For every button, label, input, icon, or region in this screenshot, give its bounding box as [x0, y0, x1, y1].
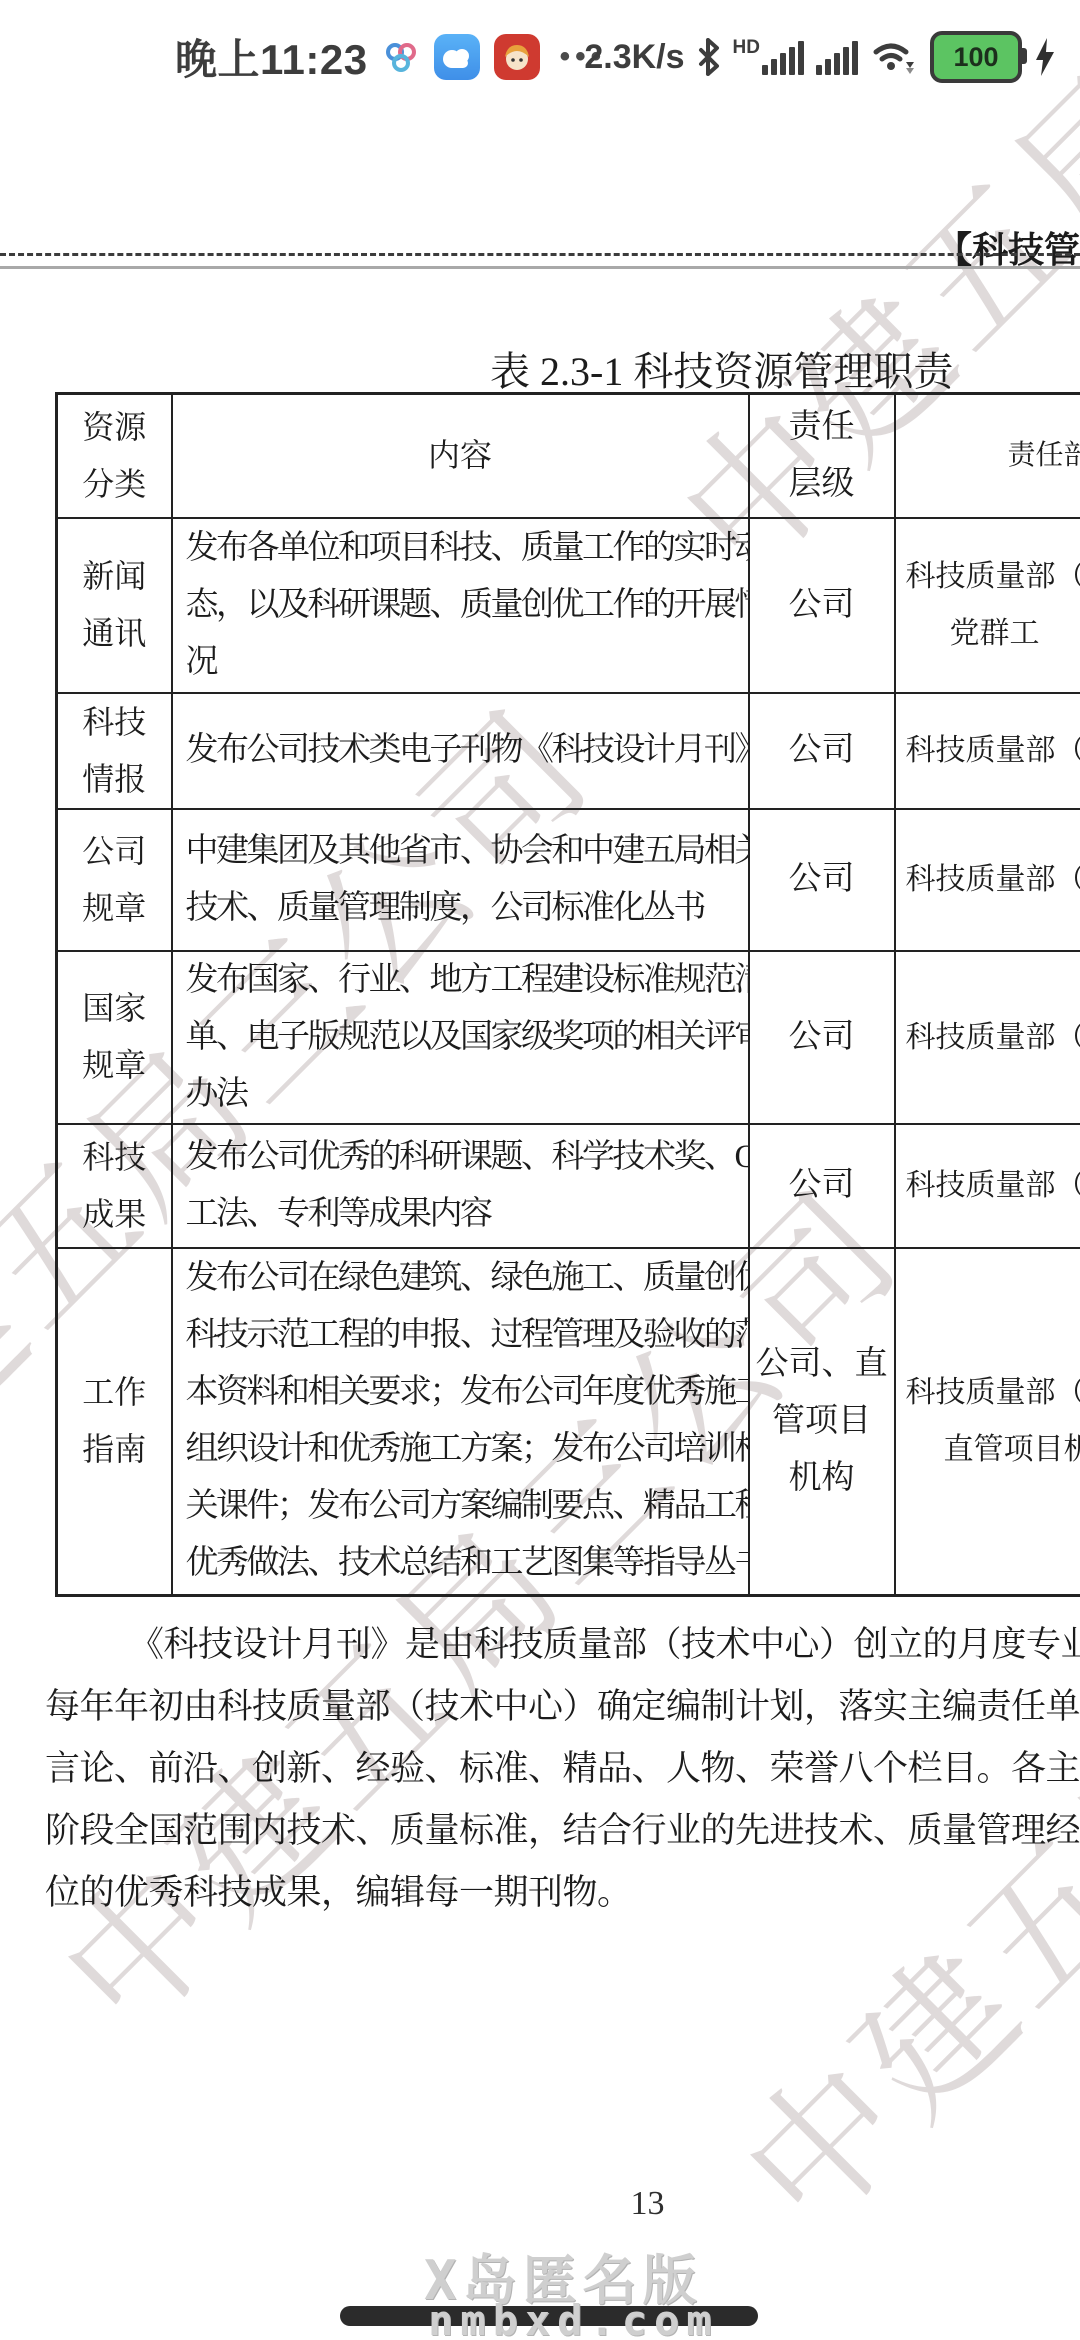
signal-bars-sim1-icon [762, 39, 804, 75]
table-row: 科技成果 发布公司优秀的科研课题、科学技术奖、QC、 工法、专利等成果内容 公司… [57, 1124, 1080, 1248]
table-title: 表 2.3-1 科技资源管理职责 [490, 340, 953, 397]
battery-level: 100 [953, 42, 998, 73]
molecule-notification-icon [382, 38, 420, 76]
table-header-row: 资源 分类 内容 责任 层级 责任部 [57, 394, 1080, 518]
header-category: 资源 分类 [57, 394, 172, 518]
document-page: 表 2.3-1 科技资源管理职责 资源 分类 内容 责任 层级 责任部 新闻通讯 [0, 0, 1080, 2340]
pixel-watermark-line2: nmbxd.com [428, 2296, 719, 2340]
status-bar: 晚上11:23 ••• 2.3K/s [0, 22, 1080, 92]
header-content: 内容 [172, 394, 749, 518]
weather-app-icon [434, 34, 480, 80]
body-paragraph: 《科技设计月刊》是由科技质量部（技术中心）创立的月度专业性 每年年初由科技质量部… [45, 1614, 1080, 1924]
network-speed: 2.3K/s [584, 38, 684, 77]
header-department: 责任部 [895, 394, 1080, 518]
wifi-icon [870, 38, 918, 76]
battery-indicator: 100 [930, 31, 1022, 83]
table-row: 国家规章 发布国家、行业、地方工程建设标准规范清 单、电子版规范以及国家级奖项的… [57, 951, 1080, 1124]
responsibility-table: 资源 分类 内容 责任 层级 责任部 新闻通讯 发布各单位和项目科技、质量工作的… [55, 392, 1080, 1597]
anime-app-icon [494, 34, 540, 80]
charging-bolt-icon [1034, 37, 1056, 77]
bluetooth-icon [697, 38, 721, 76]
signal-bars-sim2-icon [816, 39, 858, 75]
table-row: 科技情报 发布公司技术类电子刊物《科技设计月刊》 公司 科技质量部（ [57, 693, 1080, 809]
table-row: 工作指南 发布公司在绿色建筑、绿色施工、质量创优、 科技示范工程的申报、过程管理… [57, 1248, 1080, 1596]
page-number: 13 [55, 2185, 1080, 2223]
header-level: 责任 层级 [749, 394, 895, 518]
table-row: 新闻通讯 发布各单位和项目科技、质量工作的实时动 态，以及科研课题、质量创优工作… [57, 518, 1080, 693]
table-row: 公司规章 中建集团及其他省市、协会和中建五局相关 技术、质量管理制度，公司标准化… [57, 809, 1080, 951]
clock: 晚上11:23 [175, 27, 368, 87]
hd-volte-label: HD [733, 37, 760, 59]
